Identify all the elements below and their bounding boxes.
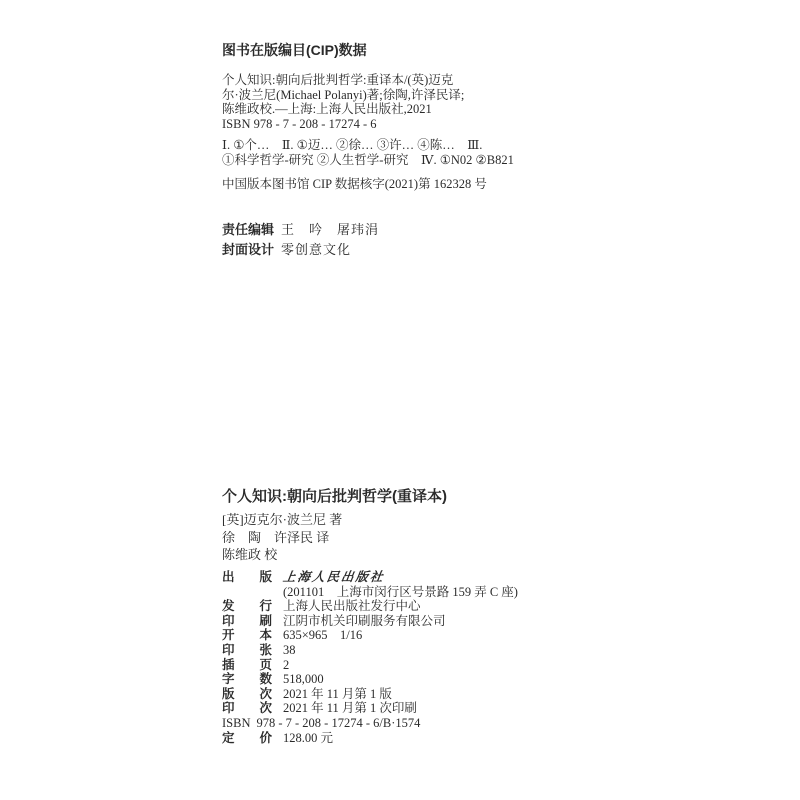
colophon-row-label: 印 张 — [222, 643, 275, 658]
colophon-row: ISBN 978 - 7 - 208 - 17274 - 6/B·1574 — [222, 716, 518, 731]
cip-number-line: 中国版本图书馆 CIP 数据核字(2021)第 162328 号 — [222, 177, 552, 192]
cip-record-line: 尔·波兰尼(Michael Polanyi)著;徐陶,许泽民译; — [222, 88, 552, 103]
credit-row: 责任编辑 王 吟 屠玮涓 — [222, 220, 379, 240]
colophon-row-value: 上海人民出版社 — [282, 570, 386, 585]
cip-record-block: 个人知识:朝向后批判哲学:重译本/(英)迈克 尔·波兰尼(Michael Pol… — [222, 73, 552, 131]
cip-classification-line: ①科学哲学-研究 ②人生哲学-研究 Ⅳ. ①N02 ②B821 — [222, 153, 552, 168]
cip-heading: 图书在版编目(CIP)数据 — [222, 42, 552, 58]
colophon-row-label: 定 价 — [222, 731, 275, 746]
title-block: 个人知识:朝向后批判哲学(重译本) [英]迈克尔·波兰尼 著 徐 陶 许泽民 译… — [222, 488, 447, 564]
title-block-line: 徐 陶 许泽民 译 — [222, 529, 447, 547]
credits-section: 责任编辑 王 吟 屠玮涓 封面设计 零创意文化 — [222, 220, 379, 260]
colophon-row: 字 数 518,000 — [222, 672, 518, 687]
colophon-row-label: ISBN — [222, 716, 250, 731]
credit-label: 封面设计 — [222, 240, 275, 260]
colophon-row-label: 出 版 — [222, 570, 275, 585]
colophon-row-value: 635×965 1/16 — [283, 628, 362, 643]
colophon-row: (201101 上海市闵行区号景路 159 弄 C 座) — [222, 585, 518, 600]
colophon-row-value: (201101 上海市闵行区号景路 159 弄 C 座) — [283, 585, 518, 600]
book-title: 个人知识:朝向后批判哲学(重译本) — [222, 488, 447, 506]
colophon-row-value: 江阴市机关印刷服务有限公司 — [283, 614, 446, 629]
colophon-row-label: 版 次 — [222, 687, 275, 702]
credit-value: 零创意文化 — [281, 240, 351, 260]
cip-data-section: 图书在版编目(CIP)数据 个人知识:朝向后批判哲学:重译本/(英)迈克 尔·波… — [222, 42, 552, 191]
colophon-row-value: 38 — [283, 643, 296, 658]
title-block-line: 陈维政 校 — [222, 546, 447, 564]
colophon-row-label — [222, 585, 275, 600]
colophon-row: 定 价 128.00 元 — [222, 731, 518, 746]
colophon-row-value: 2 — [283, 658, 289, 673]
cip-classification-block: Ⅰ. ①个… Ⅱ. ①迈… ②徐… ③许… ④陈… Ⅲ. ①科学哲学-研究 ②人… — [222, 138, 552, 167]
credit-value: 王 吟 屠玮涓 — [281, 220, 379, 240]
copyright-page: 图书在版编目(CIP)数据 个人知识:朝向后批判哲学:重译本/(英)迈克 尔·波… — [0, 0, 800, 800]
colophon-row: 开 本 635×965 1/16 — [222, 628, 518, 643]
colophon-row: 版 次 2021 年 11 月第 1 版 — [222, 687, 518, 702]
colophon-row: 插 页 2 — [222, 658, 518, 673]
colophon-row-label: 插 页 — [222, 658, 275, 673]
title-block-line: [英]迈克尔·波兰尼 著 — [222, 511, 447, 529]
credit-row: 封面设计 零创意文化 — [222, 240, 379, 260]
credit-label: 责任编辑 — [222, 220, 275, 240]
colophon-row: 印 张 38 — [222, 643, 518, 658]
cip-record-line: 个人知识:朝向后批判哲学:重译本/(英)迈克 — [222, 73, 552, 88]
colophon-row-value: 上海人民出版社发行中心 — [283, 599, 421, 614]
colophon-section: 出 版 上海人民出版社 (201101 上海市闵行区号景路 159 弄 C 座)… — [222, 570, 518, 745]
colophon-row-value: 2021 年 11 月第 1 次印刷 — [283, 701, 417, 716]
cip-record-line: ISBN 978 - 7 - 208 - 17274 - 6 — [222, 117, 552, 132]
colophon-row-label: 发 行 — [222, 599, 275, 614]
colophon-row-label: 印 刷 — [222, 614, 275, 629]
colophon-row-value: 2021 年 11 月第 1 版 — [283, 687, 392, 702]
colophon-row-value: 978 - 7 - 208 - 17274 - 6/B·1574 — [256, 716, 420, 731]
colophon-row-label: 开 本 — [222, 628, 275, 643]
colophon-row: 出 版 上海人民出版社 — [222, 570, 518, 585]
cip-classification-line: Ⅰ. ①个… Ⅱ. ①迈… ②徐… ③许… ④陈… Ⅲ. — [222, 138, 552, 153]
colophon-row-value: 128.00 元 — [283, 731, 333, 746]
colophon-row: 印 刷 江阴市机关印刷服务有限公司 — [222, 614, 518, 629]
cip-record-line: 陈维政校.—上海:上海人民出版社,2021 — [222, 102, 552, 117]
colophon-row-label: 字 数 — [222, 672, 275, 687]
colophon-row: 发 行 上海人民出版社发行中心 — [222, 599, 518, 614]
colophon-row-label: 印 次 — [222, 701, 275, 716]
colophon-row: 印 次 2021 年 11 月第 1 次印刷 — [222, 701, 518, 716]
colophon-row-value: 518,000 — [283, 672, 324, 687]
